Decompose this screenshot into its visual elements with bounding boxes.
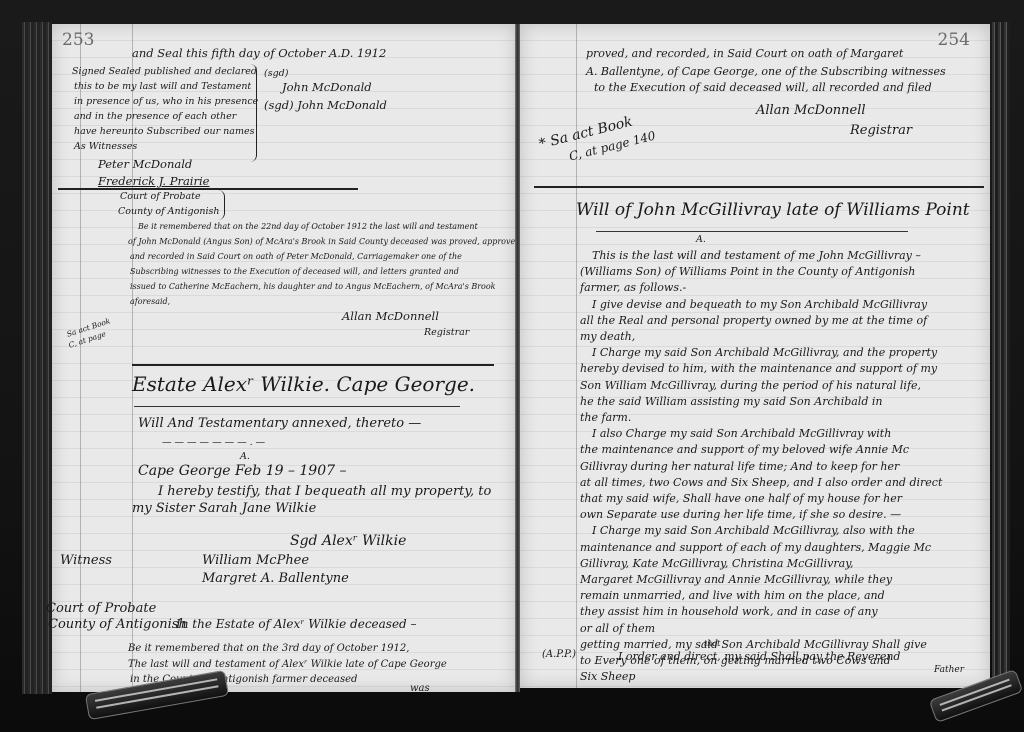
margin-rule bbox=[576, 24, 577, 688]
witness-name: Margret A. Ballentyne bbox=[202, 572, 349, 585]
will-body-line: they assist him in household work, and i… bbox=[580, 606, 878, 617]
continuation-line: proved, and recorded, in Said Court on o… bbox=[586, 48, 903, 59]
will-body-line: the maintenance and support of my belove… bbox=[580, 444, 909, 455]
probate-body-line: and recorded in Said Court on oath of Pe… bbox=[130, 253, 462, 261]
will-heading: Will of John McGillivray late of William… bbox=[576, 202, 970, 219]
will-body-line: Six Sheep bbox=[580, 671, 635, 682]
page-number: 253 bbox=[62, 30, 94, 50]
will-body-line: all the Real and personal property owned… bbox=[580, 315, 927, 326]
will-body-line: my death, bbox=[580, 331, 635, 342]
book-cover-edge-right bbox=[992, 22, 1010, 682]
will-body-line: farmer, as follows.- bbox=[580, 282, 686, 293]
probate-body-line: The last will and testament of Alexʳ Wil… bbox=[128, 660, 447, 670]
will-body-line: I Charge my said Son Archibald McGillivr… bbox=[592, 525, 915, 536]
probate-body-line: Be it remembered that on the 22nd day of… bbox=[138, 223, 478, 231]
witness-name: Peter McDonald bbox=[98, 159, 192, 171]
probate-body-line: Subscribing witnesses to the Execution o… bbox=[130, 268, 459, 276]
brace bbox=[250, 64, 257, 162]
estate-caption: In the Estate of Alexʳ Wilkie deceased – bbox=[176, 618, 417, 630]
court-line: County of Antigonish bbox=[118, 207, 219, 217]
attestation-line: this to be my last will and Testament bbox=[74, 82, 251, 92]
margin-rule bbox=[80, 24, 81, 692]
court-line: Court of Probate bbox=[46, 602, 156, 615]
will-body-line: (Williams Son) of Williams Point in the … bbox=[580, 266, 915, 277]
will-body-line: he the said William assisting my said So… bbox=[580, 396, 882, 407]
will-body-line: This is the last will and testament of m… bbox=[592, 250, 921, 261]
continuation-line: A. Ballentyne, of Cape George, one of th… bbox=[586, 66, 946, 77]
left-page: 253 and Seal this fifth day of October A… bbox=[52, 24, 516, 692]
heading-underline bbox=[596, 231, 908, 232]
filler-line: — — — — — — — . — bbox=[162, 438, 265, 448]
will-body-line: Margaret McGillivray and Annie McGillivr… bbox=[580, 574, 892, 585]
heading-underline bbox=[134, 406, 460, 407]
will-body-line: I Charge my said Son Archibald McGillivr… bbox=[592, 347, 937, 358]
will-body-line: or all of them bbox=[580, 623, 655, 634]
will-body-line: I hereby testify, that I bequeath all my… bbox=[158, 485, 491, 498]
will-subheading: Will And Testamentary annexed, thereto — bbox=[138, 417, 421, 430]
continuation-line: to the Execution of said deceased will, … bbox=[594, 82, 932, 93]
section-divider bbox=[58, 188, 358, 190]
attestation-line: As Witnesses bbox=[74, 142, 137, 152]
section-divider bbox=[534, 186, 984, 188]
will-body-line: remain unmarried, and live with him on t… bbox=[580, 590, 885, 601]
margin-rule bbox=[132, 24, 133, 692]
witness-label: Witness bbox=[60, 554, 112, 567]
testator-mark: (sgd) bbox=[264, 69, 288, 79]
dated-line: and Seal this fifth day of October A.D. … bbox=[132, 48, 386, 60]
will-body-line: I give devise and bequeath to my Son Arc… bbox=[592, 299, 927, 310]
will-body-line: own Separate use during her life time, i… bbox=[580, 509, 901, 520]
probate-body-line: issued to Catherine McEachern, his daugh… bbox=[130, 283, 496, 291]
right-page: 254 proved, and recorded, in Said Court … bbox=[520, 24, 990, 688]
page-number: 254 bbox=[938, 30, 970, 50]
court-line: County of Antigonish bbox=[48, 618, 187, 631]
entry-marker: A. bbox=[240, 452, 250, 462]
trailing-mark: was bbox=[410, 684, 430, 694]
final-word: Father bbox=[934, 666, 964, 675]
testator-name: (sgd) John McDonald bbox=[264, 100, 387, 112]
will-body-line: at all times, two Cows and Six Sheep, an… bbox=[580, 477, 942, 488]
will-body-line: I also Charge my said Son Archibald McGi… bbox=[592, 428, 891, 439]
will-body-line: Gillivray, Kate McGillivray, Christina M… bbox=[580, 558, 853, 569]
attestation-line: and in the presence of each other bbox=[74, 112, 236, 122]
will-body-line: Son William McGillivray, during the peri… bbox=[580, 380, 921, 391]
probate-body-line: aforesaid, bbox=[130, 298, 170, 306]
testator-name: John McDonald bbox=[282, 82, 372, 94]
will-body-line: getting married, my said Son Archibald M… bbox=[580, 639, 927, 650]
will-date-line: Cape George Feb 19 – 1907 – bbox=[138, 464, 346, 478]
margin-annotation: (A.P.P.) bbox=[542, 650, 576, 660]
entry-marker: A. bbox=[696, 235, 706, 245]
brace bbox=[218, 190, 225, 220]
registrar-signature: Allan McDonnell bbox=[756, 104, 866, 117]
will-body-line: maintenance and support of each of my da… bbox=[580, 542, 931, 553]
estate-heading: Estate Alexʳ Wilkie. Cape George. bbox=[132, 374, 475, 394]
probate-body-line: of John McDonald (Angus Son) of McAra's … bbox=[128, 238, 520, 246]
book-cover-edge-left bbox=[22, 22, 52, 694]
witness-name: William McPhee bbox=[202, 554, 309, 567]
will-body-line: the farm. bbox=[580, 412, 631, 423]
attestation-line: in presence of us, who in his presence bbox=[74, 97, 258, 107]
will-body-line: Gillivray during her natural life time; … bbox=[580, 461, 899, 472]
registrar-title: Registrar bbox=[424, 328, 469, 338]
section-divider bbox=[132, 364, 494, 366]
registrar-signature: Allan McDonnell bbox=[342, 311, 439, 323]
registrar-title: Registrar bbox=[850, 124, 912, 137]
will-body-line: that my said wife, Shall have one half o… bbox=[580, 493, 902, 504]
will-body-line: my Sister Sarah Jane Wilkie bbox=[132, 502, 316, 515]
probate-body-line: Be it remembered that on the 3rd day of … bbox=[128, 644, 409, 654]
testator-signature: Sgd Alexʳ Wilkie bbox=[290, 534, 406, 548]
attestation-line: have hereunto Subscribed our names bbox=[74, 127, 254, 137]
will-body-line: hereby devised to him, with the maintena… bbox=[580, 363, 937, 374]
witness-name: Frederick J. Prairie bbox=[98, 176, 209, 188]
attestation-line: Signed Sealed published and declared bbox=[72, 67, 257, 77]
final-line: I order and direct, my said Shall pay th… bbox=[618, 651, 900, 662]
insertion-mark: that bbox=[704, 640, 720, 648]
court-line: Court of Probate bbox=[120, 192, 201, 202]
